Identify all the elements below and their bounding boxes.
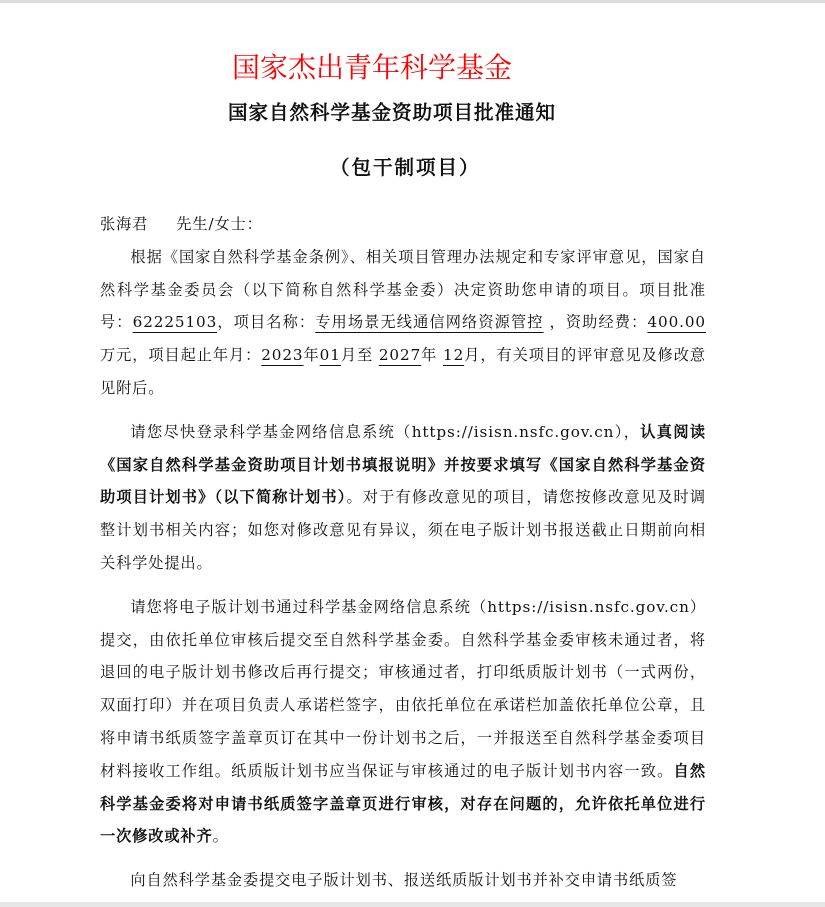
text: 请您将电子版计划书通过科学基金网络信息系统（https://isisn.nsfc… [100, 598, 706, 780]
paragraph-login-instructions: 请您尽快登录科学基金网络信息系统（https://isisn.nsfc.gov.… [100, 416, 706, 580]
window-bottom-edge [0, 902, 825, 907]
salutation-suffix: 先生/女士： [176, 215, 262, 233]
paragraph-deadline: 向自然科学基金委提交电子版计划书、报送纸质版计划书并补交申请书纸质签 [100, 864, 706, 897]
approval-number: 62225103 [133, 313, 218, 331]
start-month: 01 [320, 346, 341, 364]
end-month: 12 [443, 346, 464, 364]
document-body: 张海君先生/女士： 根据《国家自然科学基金条例》、相关项目管理办法规定和专家评审… [100, 208, 706, 897]
program-title: 国家杰出青年科学基金 [232, 46, 512, 86]
start-year: 2023 [261, 346, 303, 364]
salutation: 张海君先生/女士： [100, 208, 706, 241]
text: 年 [421, 346, 443, 364]
end-year: 2027 [379, 346, 421, 364]
text: 请您尽快登录科学基金网络信息系统（https://isisn.nsfc.gov.… [130, 423, 640, 441]
text: 月至 [341, 346, 379, 364]
document-title: 国家自然科学基金资助项目批准通知 [228, 97, 608, 125]
text: 年 [304, 346, 320, 364]
project-name: 专用场景无线通信网络资源管控 [315, 313, 543, 331]
document-subtitle: （包干制项目） [330, 152, 481, 180]
text: ，资助经费： [544, 313, 648, 331]
text: ，项目名称： [217, 313, 315, 331]
window-top-edge [0, 0, 825, 3]
recipient-name: 张海君 [100, 215, 148, 233]
text: 万元，项目起止年月： [100, 346, 261, 364]
text: 向自然科学基金委提交电子版计划书、报送纸质版计划书并补交申请书纸质签 [130, 871, 677, 889]
paragraph-approval: 根据《国家自然科学基金条例》、相关项目管理办法规定和专家评审意见，国家自然科学基… [100, 241, 706, 405]
funding-amount: 400.00 [647, 313, 706, 331]
paragraph-submission-instructions: 请您将电子版计划书通过科学基金网络信息系统（https://isisn.nsfc… [100, 591, 706, 853]
text: 。 [213, 827, 229, 845]
